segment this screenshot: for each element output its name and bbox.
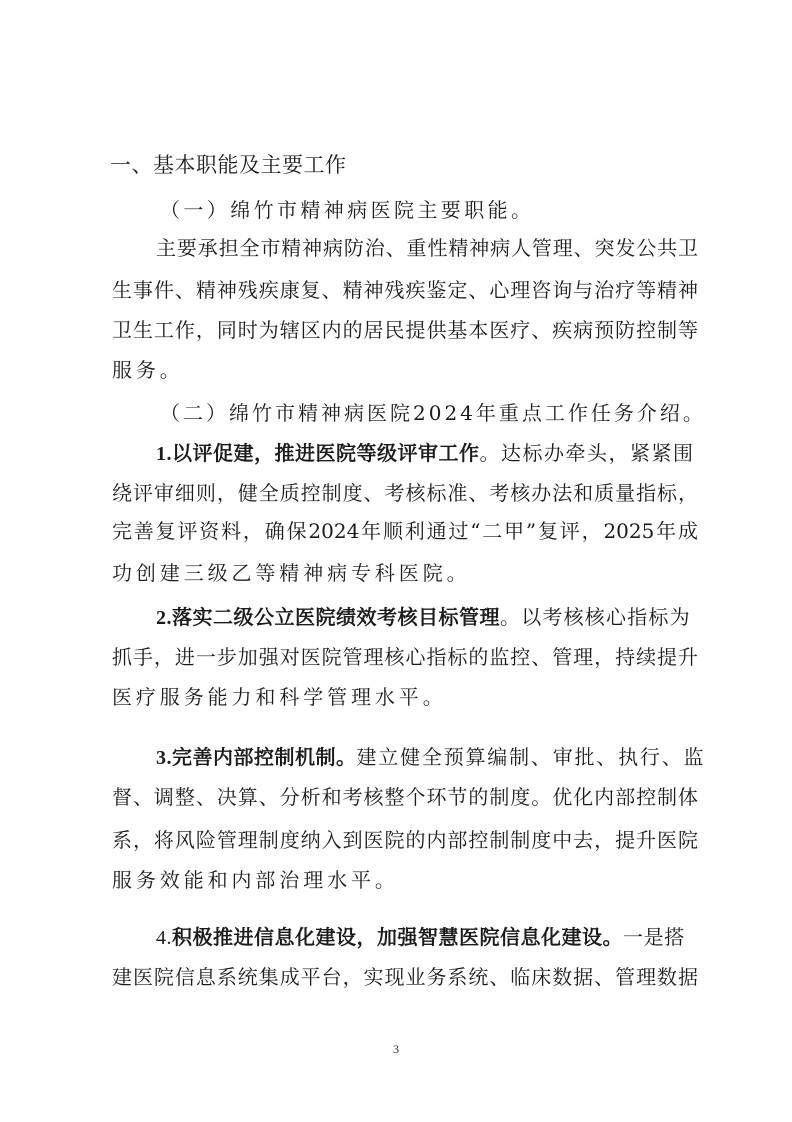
task-text: 。以考核核心指标为 — [500, 605, 691, 629]
task-title: 以评促建，推进医院等级评审工作 — [172, 441, 480, 465]
paragraph-line: 系，将风险管理制度纳入到医院的内部控制制度中去，提升医院 — [112, 828, 698, 852]
paragraph-line: 服务效能和内部治理水平。 — [112, 868, 698, 892]
paragraph-line: 督、调整、决算、分析和考核整个环节的制度。优化内部控制体 — [112, 785, 698, 809]
paragraph-line: 服务。 — [112, 358, 698, 382]
task-title: 积极推进信息化建设，加强智慧医院信息化建设。 — [172, 925, 623, 949]
subsection-title-2: （二）绵竹市精神病医院2024年重点工作任务介绍。 — [112, 401, 746, 425]
paragraph-line: 完善复评资料，确保2024年顺利通过“二甲”复评，2025年成 — [112, 519, 698, 543]
task-item-first-line: 3.完善内部控制机制。建立健全预算编制、审批、执行、监 — [112, 745, 698, 770]
task-title: 落实二级公立医院绩效考核目标管理 — [172, 605, 500, 629]
task-item-first-line: 4.积极推进信息化建设，加强智慧医院信息化建设。一是搭 — [112, 925, 698, 950]
paragraph-line: 抓手，进一步加强对医院管理核心指标的监控、管理，持续提升 — [112, 645, 698, 669]
paragraph-line: 主要承担全市精神病防治、重性精神病人管理、突发公共卫 — [112, 236, 698, 260]
page-number: 3 — [0, 1042, 792, 1057]
task-number: 3. — [156, 747, 172, 769]
paragraph-line: 绕评审细则，健全质控制度、考核标准、考核办法和质量指标， — [112, 481, 698, 505]
task-text: 建立健全预算编制、审批、执行、监 — [357, 745, 706, 769]
subsection-title-1: （一）绵竹市精神病医院主要职能。 — [112, 198, 746, 222]
task-number: 1. — [156, 443, 172, 465]
task-title: 完善内部控制机制。 — [172, 745, 357, 769]
paragraph-line: 医疗服务能力和科学管理水平。 — [112, 685, 698, 709]
task-text: 一是搭 — [623, 925, 685, 949]
paragraph-line: 建医院信息系统集成平台，实现业务系统、临床数据、管理数据 — [112, 965, 698, 989]
task-item-first-line: 2.落实二级公立医院绩效考核目标管理。以考核核心指标为 — [112, 605, 698, 630]
task-number: 2. — [156, 607, 172, 629]
paragraph-line: 生事件、精神残疾康复、精神残疾鉴定、心理咨询与治疗等精神 — [112, 278, 698, 302]
paragraph-line: 卫生工作，同时为辖区内的居民提供基本医疗、疾病预防控制等 — [112, 318, 698, 342]
task-item-first-line: 1.以评促建，推进医院等级评审工作。达标办牵头，紧紧围 — [112, 441, 698, 466]
document-page: 一、基本职能及主要工作 （一）绵竹市精神病医院主要职能。 主要承担全市精神病防治… — [0, 0, 792, 1122]
section-heading: 一、基本职能及主要工作 — [110, 153, 696, 177]
paragraph-line: 功创建三级乙等精神病专科医院。 — [112, 561, 698, 585]
task-number: 4. — [156, 927, 172, 949]
task-text: 。达标办牵头，紧紧围 — [480, 441, 695, 465]
